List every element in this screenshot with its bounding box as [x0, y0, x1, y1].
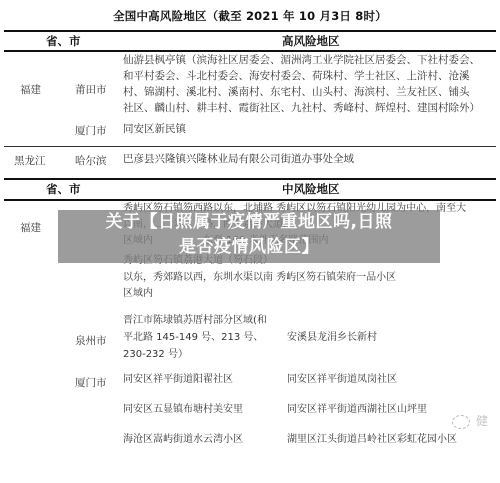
area-line: 同安区新民镇: [123, 121, 186, 138]
area-line: 同安区祥平街道阳翟社区: [123, 372, 233, 389]
wechat-icon: [452, 415, 470, 429]
header-province-city: 省、市: [46, 181, 81, 197]
area-line: 安溪县龙涓乡长新村: [287, 330, 377, 347]
watermark: 健: [452, 412, 488, 429]
province-cell: 福建: [20, 82, 41, 97]
table-rule: [4, 178, 496, 180]
area-line: 以东，秀郊路以西，东圳水渠以南 秀屿区笏石镇荣府一品小区: [123, 270, 396, 287]
area-line: 晋江市陈埭镇苏厝村部分区域(和: [123, 313, 267, 330]
table-rule: [4, 146, 496, 147]
province-cell: 福建: [20, 220, 41, 235]
area-line: 和平村委会、斗北村委会、海安村委会、荷珠村、学士社区、上浒村、沧溪: [123, 68, 470, 85]
document-title: 全国中高风险地区（截至 2021 年 10 月3日 8时）: [0, 8, 500, 24]
area-line: 230-232 号）: [123, 347, 188, 364]
area-line: 同安区祥平街道凤岗社区: [287, 372, 397, 389]
city-cell: 厦门市: [75, 375, 107, 390]
area-line: 海沧区嵩屿街道水云湾小区: [123, 432, 243, 449]
area-line: 巴彦县兴隆镇兴隆林业局有限公司街道办事处全域: [123, 151, 354, 168]
area-line: 仙游县枫亭镇（滨海社区居委会、湄洲湾工业学院社区居委会、下社村委会、: [123, 52, 480, 69]
header-province-city: 省、市: [46, 33, 81, 49]
city-cell: 莆田市: [75, 82, 107, 97]
area-line: 湖里区江头街道吕岭社区彩虹花园小区: [287, 432, 457, 449]
overlay-title-line2: 是否疫情风险区】: [58, 235, 440, 260]
area-line: 社区、麟山村、耕丰村、霞街社区、九社村、秀峰村、辉煌村、建国村除外）: [123, 100, 480, 117]
city-cell: 厦门市: [75, 123, 107, 138]
header-medium-risk: 中风险地区: [282, 181, 340, 197]
area-line: 区域内: [123, 286, 153, 303]
area-line: 村、锦湖村、溪北村、溪南村、东宅村、山头村、海滨村、兰友社区、铺头: [123, 84, 470, 101]
area-line: 平北路 145-149 号、213 号、: [123, 330, 263, 347]
overlay-title[interactable]: 关于【日照属于疫情严重地区吗,日照 是否疫情风险区】: [58, 210, 440, 260]
province-cell: 黑龙江: [14, 153, 46, 168]
area-line: 同安区五显镇布塘村美安里: [123, 402, 243, 419]
city-cell: 泉州市: [75, 333, 107, 348]
overlay-title-line1: 关于【日照属于疫情严重地区吗,日照: [58, 210, 440, 235]
header-high-risk: 高风险地区: [282, 33, 340, 49]
area-line: 同安区祥平街道西湖社区山坪里: [287, 402, 427, 419]
watermark-text: 健: [476, 414, 488, 428]
table-rule: [4, 30, 496, 32]
city-cell: 哈尔滨: [75, 153, 107, 168]
